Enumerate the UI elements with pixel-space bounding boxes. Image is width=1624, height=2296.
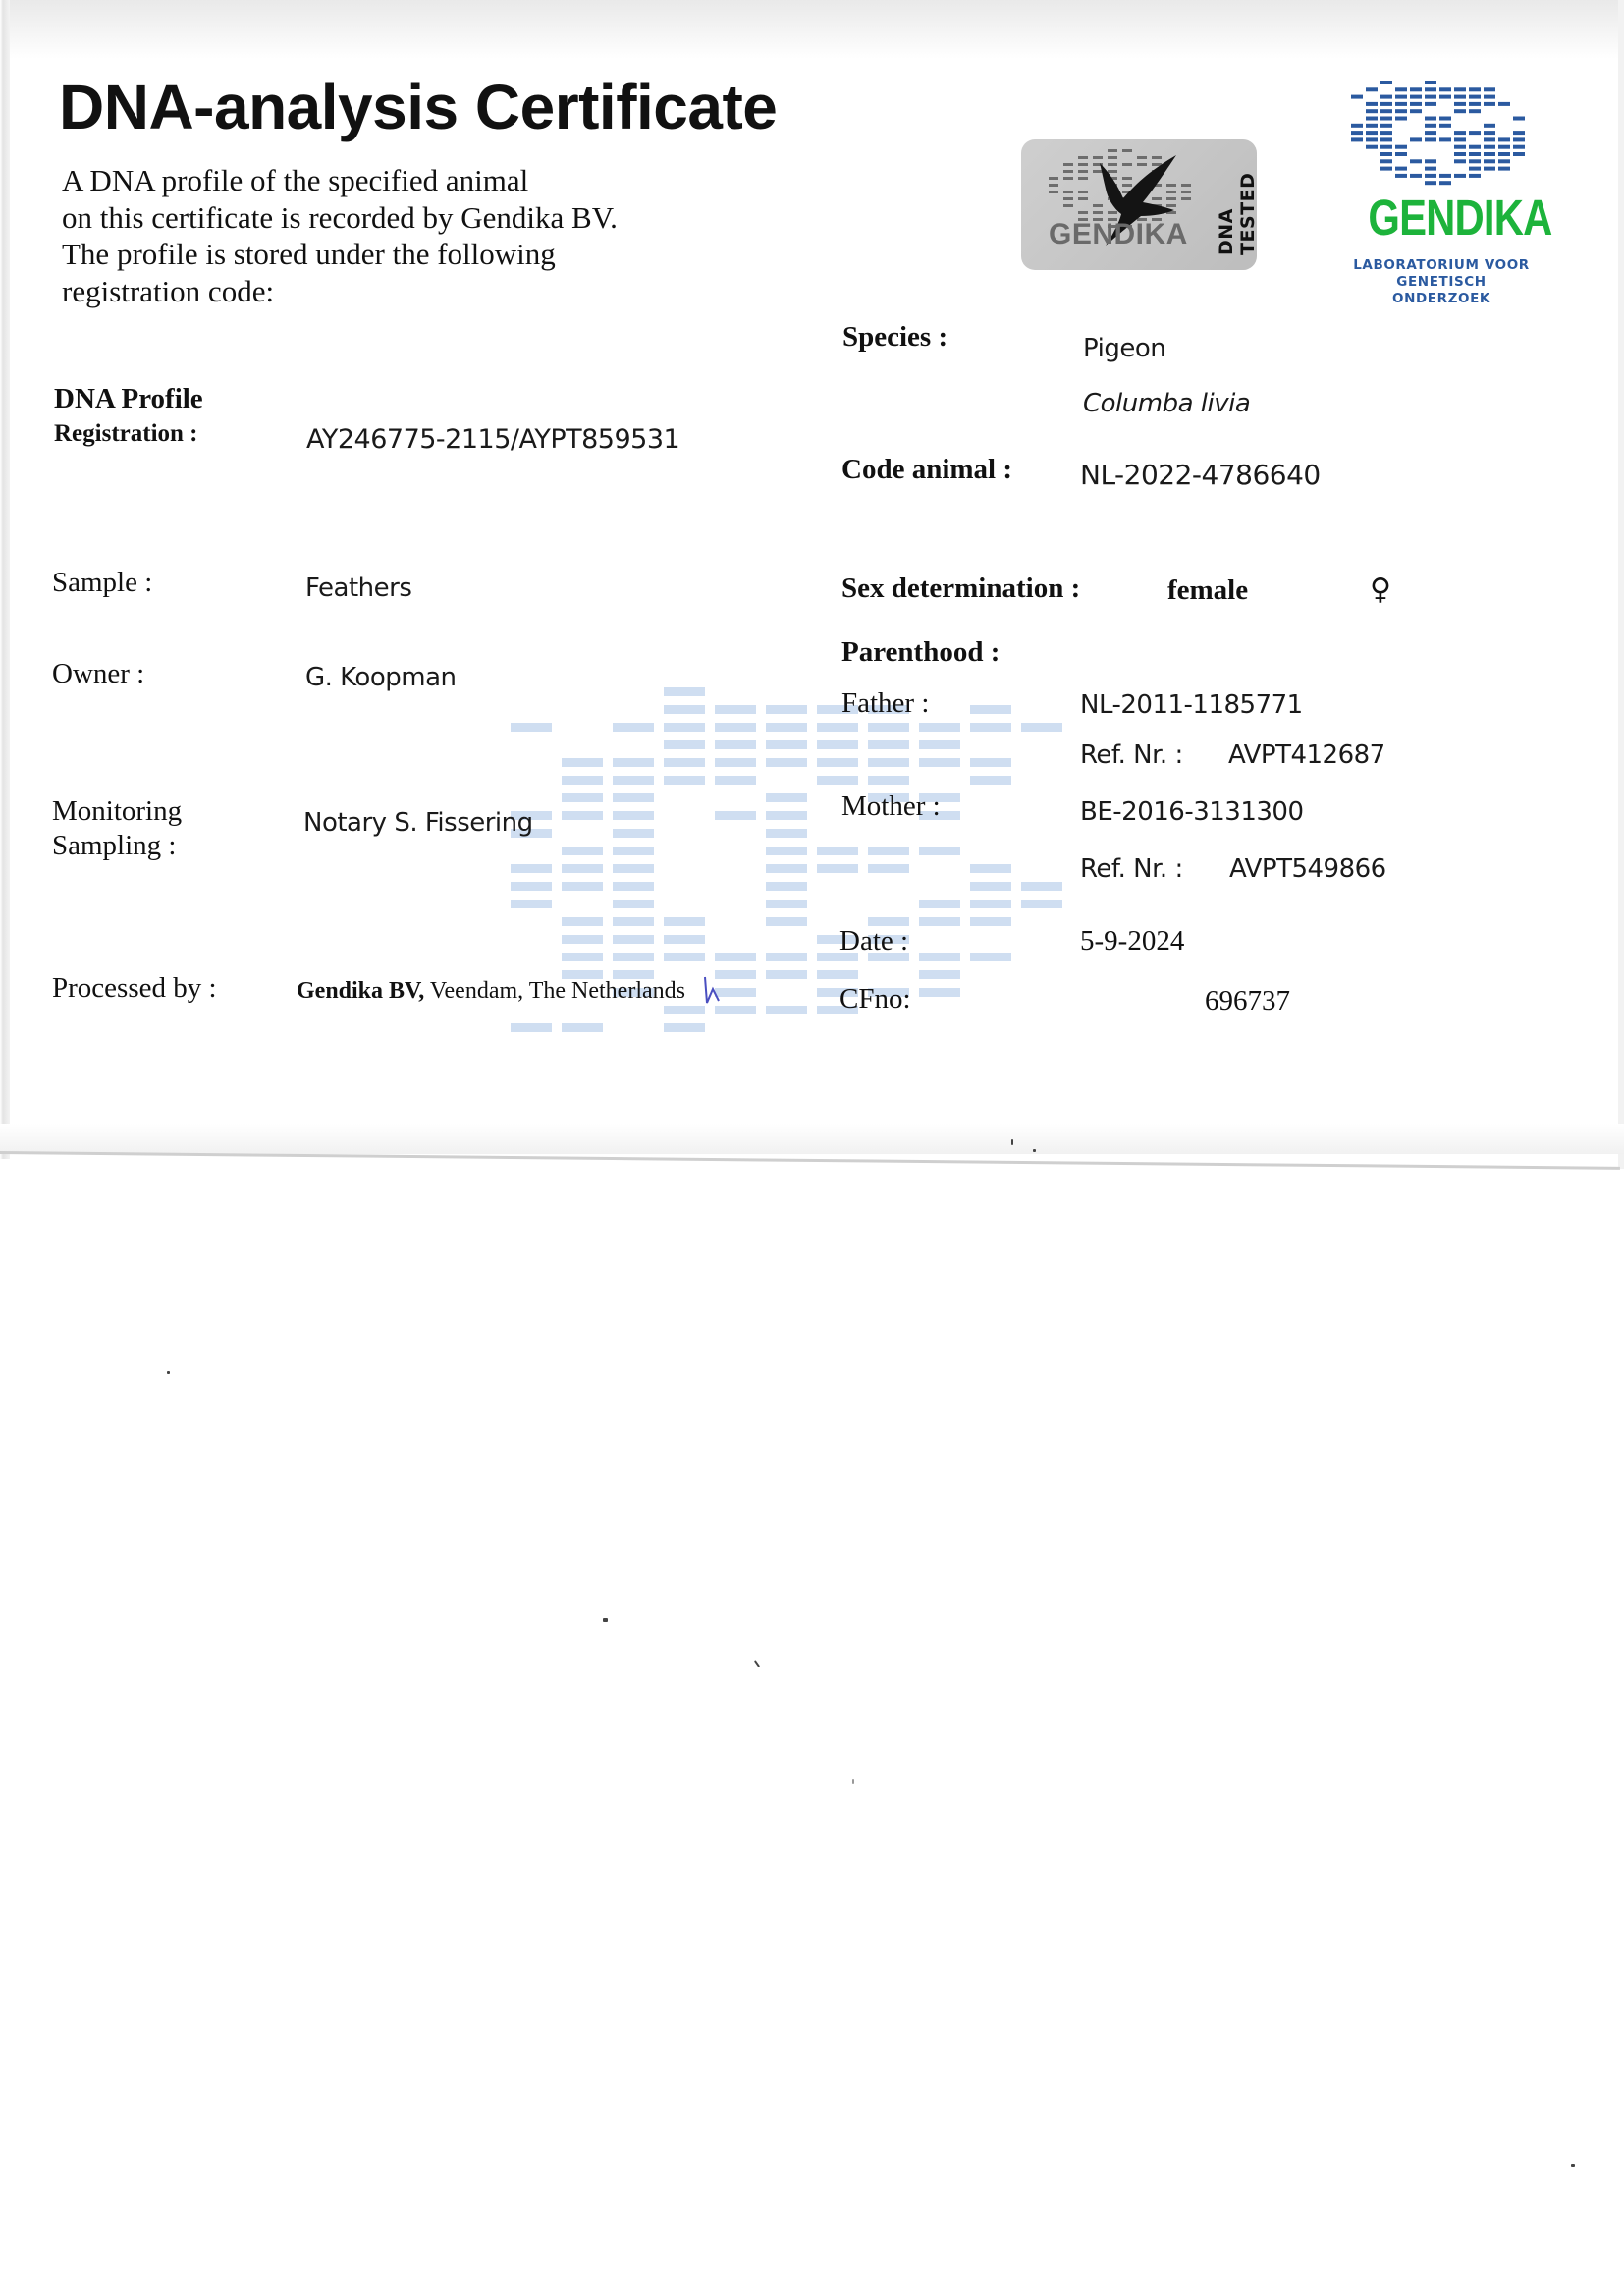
scan-speck: [167, 1371, 170, 1374]
father-ref-label: Ref. Nr. :: [1080, 740, 1183, 770]
father-ref-value: AVPT412687: [1228, 740, 1385, 770]
code-animal-value: NL-2022-4786640: [1080, 459, 1321, 491]
monitoring-label: Monitoring: [52, 795, 182, 828]
sample-label: Sample :: [52, 567, 152, 599]
intro-line: registration code:: [62, 273, 769, 310]
date-label: Date :: [839, 925, 908, 957]
processed-by-label: Processed by :: [52, 972, 217, 1005]
cfno-label: CFno:: [839, 983, 911, 1015]
species-value: Pigeon: [1083, 334, 1165, 363]
scan-speck: [1011, 1139, 1013, 1145]
intro-line: The profile is stored under the followin…: [62, 236, 769, 273]
scan-shadow-left: [0, 0, 10, 1159]
sex-determination-label: Sex determination :: [841, 573, 1080, 605]
mother-ref-value: AVPT549866: [1229, 854, 1386, 884]
processed-by-value: Gendika BV, Veendam, The Netherlands: [297, 978, 685, 1005]
processed-by-company: Gendika BV,: [297, 978, 424, 1004]
dna-profile-label: DNA Profile: [54, 383, 203, 415]
species-latin-value: Columba livia: [1083, 389, 1250, 418]
scan-speck: [1033, 1149, 1036, 1152]
mother-ref-label: Ref. Nr. :: [1080, 854, 1183, 884]
species-label: Species :: [842, 321, 947, 354]
sticker-brand: GENDIKA: [1049, 218, 1188, 251]
monitoring-value: Notary S. Fissering: [303, 808, 533, 838]
certificate-title: DNA-analysis Certificate: [59, 71, 777, 143]
sample-value: Feathers: [305, 574, 411, 603]
intro-text: A DNA profile of the specified animal on…: [62, 162, 769, 309]
mother-value: BE-2016-3131300: [1080, 797, 1304, 827]
scan-speck: [754, 1660, 760, 1667]
parenthood-label: Parenthood :: [841, 636, 1000, 669]
scan-speck: [852, 1779, 854, 1784]
logo-name: GENDIKA: [1368, 189, 1514, 246]
gendika-logo-icon: [1351, 81, 1530, 189]
father-label: Father :: [841, 687, 929, 720]
scan-speck: [603, 1618, 608, 1622]
registration-value: AY246775-2115/AYPT859531: [306, 424, 679, 455]
owner-value: G. Koopman: [305, 663, 457, 692]
processed-by-location: Veendam, The Netherlands: [424, 978, 685, 1004]
paper-bottom-shade: [0, 1124, 1624, 1154]
sampling-label: Sampling :: [52, 830, 176, 862]
logo-subtitle-line: LABORATORIUM VOOR: [1347, 257, 1536, 274]
registration-label: Registration :: [54, 420, 198, 448]
scan-shadow-top: [0, 0, 1624, 59]
mother-label: Mother :: [841, 791, 941, 823]
intro-line: on this certificate is recorded by Gendi…: [62, 199, 769, 237]
logo-subtitle-line: GENETISCH ONDERZOEK: [1347, 274, 1536, 307]
date-value: 5-9-2024: [1080, 925, 1184, 957]
female-symbol-icon: ♀: [1370, 573, 1391, 607]
code-animal-label: Code animal :: [841, 454, 1012, 486]
scan-speck: [1571, 2164, 1575, 2167]
signature-mark-icon: [701, 967, 731, 1007]
logo-subtitle: LABORATORIUM VOOR GENETISCH ONDERZOEK: [1347, 257, 1536, 307]
cfno-value: 696737: [1205, 985, 1290, 1017]
sex-value: female: [1167, 574, 1248, 607]
sticker-dna-tested-label: DNA TESTED: [1216, 173, 1257, 255]
father-value: NL-2011-1185771: [1080, 690, 1303, 720]
scan-shadow-right: [1618, 0, 1624, 1169]
owner-label: Owner :: [52, 658, 144, 690]
dna-tested-sticker: GENDIKA DNA TESTED: [1021, 139, 1257, 270]
intro-line: A DNA profile of the specified animal: [62, 162, 769, 199]
